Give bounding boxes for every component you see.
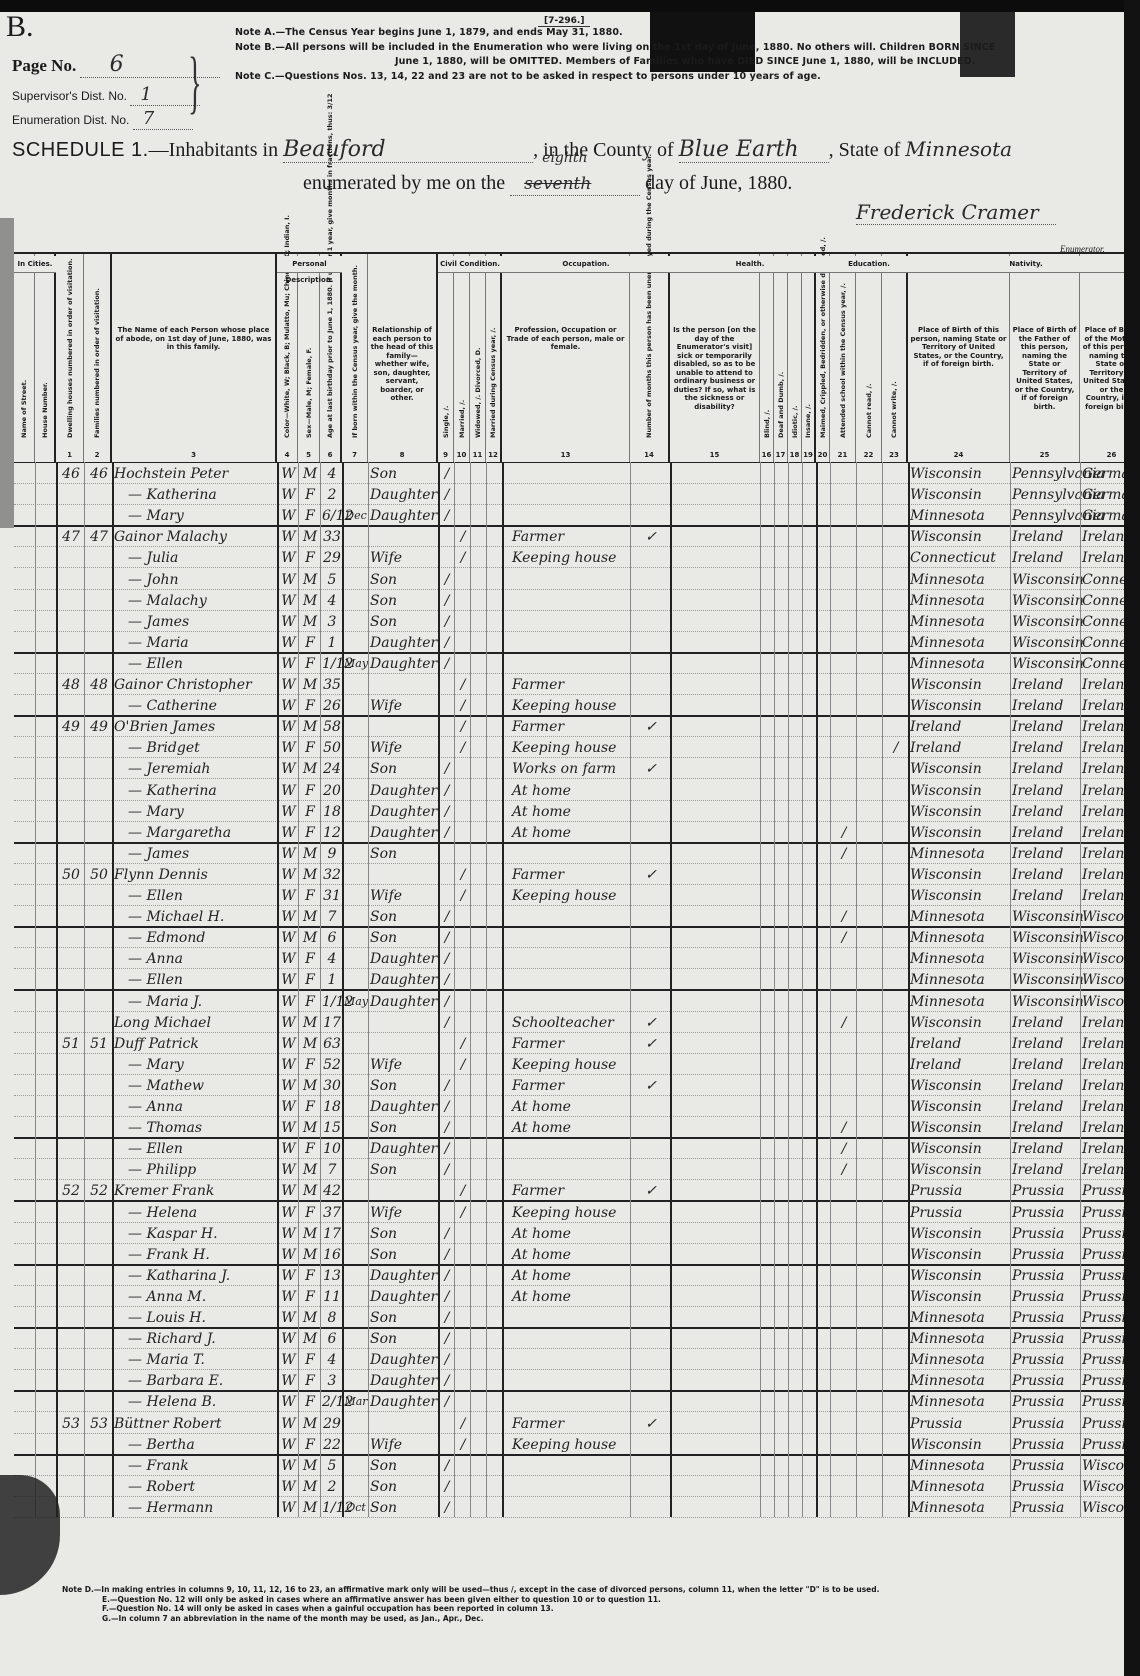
cell-dw: 52 [58, 1179, 84, 1200]
cell-dw [58, 842, 84, 863]
column-header-text: Blind, /. [763, 410, 771, 438]
cell-cantwrite [884, 779, 908, 800]
cell-cantwrite [884, 610, 908, 631]
cell-name: Flynn Dennis [114, 863, 208, 884]
cell-sex: F [300, 947, 320, 968]
cell-sex: F [300, 483, 320, 504]
cell-unemp [632, 1306, 670, 1327]
cell-rel: Daughter [370, 779, 437, 800]
cell-age: 9 [322, 842, 342, 863]
cell-school [832, 1032, 856, 1053]
cell-single: / [440, 968, 454, 989]
cell-sex: M [300, 1475, 320, 1496]
cell-name: — Robert [114, 1475, 195, 1496]
cell-age: 29 [322, 546, 342, 567]
cell-father: Ireland [1012, 863, 1063, 884]
scan-border-top [0, 0, 1140, 12]
cell-age: 24 [322, 757, 342, 778]
cell-school [832, 525, 856, 546]
column-header-cant_read: Cannot read, /.22 [856, 254, 882, 462]
cell-sex: F [300, 779, 320, 800]
cell-age: 52 [322, 1053, 342, 1074]
cell-birth: Ireland [910, 1053, 961, 1074]
cell-name: — Jeremiah [114, 757, 210, 778]
cell-color: W [279, 926, 298, 947]
cell-school: / [832, 821, 856, 842]
cell-sex: M [300, 1454, 320, 1475]
cell-single [440, 1032, 454, 1053]
cell-name: — Frank H. [114, 1243, 210, 1264]
cell-age: 1 [322, 631, 342, 652]
cell-occ: Keeping house [504, 736, 616, 757]
cell-sex: F [300, 1348, 320, 1369]
cell-father: Ireland [1012, 884, 1063, 905]
cell-cantwrite [884, 1243, 908, 1264]
cell-birth: Wisconsin [910, 673, 982, 694]
cell-name: — Anna [114, 947, 183, 968]
cell-fam [86, 1116, 112, 1137]
cell-color: W [279, 1222, 298, 1243]
cell-name: — Margaretha [114, 821, 231, 842]
cell-dw [58, 1053, 84, 1074]
cell-sex: M [300, 1032, 320, 1053]
table-row: — Michael H.WM7Son//MinnesotaWisconsinWi… [14, 905, 1124, 928]
cell-color: W [279, 1243, 298, 1264]
cell-birth: Minnesota [910, 1348, 985, 1369]
cell-rel: Daughter [370, 800, 437, 821]
cell-name: — Maria [114, 631, 189, 652]
cell-rel: Son [370, 610, 397, 631]
cell-sex: M [300, 1496, 320, 1517]
cell-month [344, 1095, 368, 1116]
column-number: 1 [56, 451, 83, 459]
cell-unemp [632, 610, 670, 631]
cell-color: W [279, 652, 298, 673]
cell-occ [504, 589, 512, 610]
column-header-text: Married during Census year, /. [489, 328, 497, 438]
cell-unemp [632, 462, 670, 483]
table-row: — ThomasWM15Son/At home/WisconsinIreland… [14, 1116, 1124, 1139]
cell-single [440, 884, 454, 905]
cell-birth: Wisconsin [910, 1074, 982, 1095]
table-row: — JamesWM9Son/MinnesotaIrelandIreland [14, 842, 1124, 864]
cell-unemp [632, 947, 670, 968]
cell-school [832, 863, 856, 884]
cell-color: W [279, 1412, 298, 1433]
cell-age: 15 [322, 1116, 342, 1137]
cell-school [832, 694, 856, 715]
cell-married: / [456, 1412, 470, 1433]
cell-married [456, 1369, 470, 1390]
cell-birth: Minnesota [910, 652, 985, 673]
cell-rel: Wife [370, 736, 402, 757]
cell-name: — Maria J. [114, 990, 202, 1011]
cell-fam [86, 694, 112, 715]
cell-cantwrite [884, 525, 908, 546]
cell-sex: M [300, 462, 320, 483]
cell-occ: Works on farm [504, 757, 616, 778]
cell-rel: Son [370, 1496, 397, 1517]
cell-school [832, 462, 856, 483]
cell-unemp [632, 1095, 670, 1116]
column-header-family: Families numbered in order of visitation… [84, 254, 112, 462]
cell-birth: Wisconsin [910, 1285, 982, 1306]
cell-unemp [632, 1327, 670, 1348]
scan-shadow [0, 218, 14, 528]
cell-dw [58, 1243, 84, 1264]
cell-married [456, 968, 470, 989]
cell-single: / [440, 610, 454, 631]
cell-school [832, 1306, 856, 1327]
cell-birth: Minnesota [910, 842, 985, 863]
column-header-name: The Name of each Person whose place of a… [112, 254, 277, 462]
cell-occ [504, 1348, 512, 1369]
cell-occ: Farmer [504, 1032, 564, 1053]
cell-single: / [440, 1243, 454, 1264]
cell-cantwrite [884, 1412, 908, 1433]
cell-fam [86, 1348, 112, 1369]
cell-name: — Bridget [114, 736, 200, 757]
cell-cantwrite [884, 842, 908, 863]
column-header-text: Widowed, /. Divorced, D. [474, 348, 482, 438]
table-row: — MaryWF52Wife/Keeping houseIrelandIrela… [14, 1053, 1124, 1075]
cell-color: W [279, 842, 298, 863]
cell-color: W [279, 990, 298, 1011]
cell-fam [86, 631, 112, 652]
cell-fam [86, 1454, 112, 1475]
table-row: — AnnaWF18Daughter/At homeWisconsinIrela… [14, 1095, 1124, 1117]
cell-rel: Son [370, 1475, 397, 1496]
cell-fam [86, 1496, 112, 1517]
supervisor-label: Supervisor's Dist. No. [12, 89, 127, 103]
cell-cantwrite [884, 1053, 908, 1074]
table-row: — MalachyWM4Son/MinnesotaWisconsinConnec… [14, 589, 1124, 611]
column-number: 7 [342, 451, 367, 459]
cell-unemp [632, 589, 670, 610]
cell-month [344, 736, 368, 757]
column-number: 2 [84, 451, 110, 459]
cell-cantwrite [884, 926, 908, 947]
cell-month [344, 1327, 368, 1348]
cell-father: Wisconsin [1012, 568, 1084, 589]
cell-father: Ireland [1012, 779, 1063, 800]
column-header-text: House Number. [41, 382, 49, 438]
enumeration-label: Enumeration Dist. No. [12, 113, 129, 127]
cell-color: W [279, 821, 298, 842]
grid-line [454, 462, 455, 1517]
cell-name: — Philipp [114, 1158, 196, 1179]
cell-name: — Bertha [114, 1433, 195, 1454]
cell-sex: M [300, 1116, 320, 1137]
cell-fam: 46 [86, 462, 112, 483]
cell-fam [86, 736, 112, 757]
cell-married [456, 1116, 470, 1137]
cell-month [344, 821, 368, 842]
cell-sex: F [300, 1095, 320, 1116]
cell-name: Hochstein Peter [114, 462, 228, 483]
cell-unemp [632, 884, 670, 905]
cell-father: Ireland [1012, 1137, 1063, 1158]
grid-line [1010, 462, 1011, 1517]
cell-dw [58, 1327, 84, 1348]
cell-school [832, 483, 856, 504]
grid-line [298, 462, 299, 1517]
cell-married [456, 1158, 470, 1179]
cell-single: / [440, 1496, 454, 1517]
cell-month [344, 1074, 368, 1095]
cell-married [456, 905, 470, 926]
cell-single [440, 1433, 454, 1454]
cell-birth: Ireland [910, 736, 961, 757]
cell-name: — Hermann [114, 1496, 213, 1517]
cell-age: 18 [322, 1095, 342, 1116]
cell-age: 31 [322, 884, 342, 905]
cell-unemp [632, 1222, 670, 1243]
cell-dw [58, 589, 84, 610]
cell-occ: Farmer [504, 715, 564, 736]
column-header-text: Families numbered in order of visitation… [93, 288, 101, 438]
footnotes: Note D.—In making entries in columns 9, … [62, 1585, 880, 1623]
cell-name: — Richard J. [114, 1327, 216, 1348]
cell-name: — Ellen [114, 1137, 183, 1158]
cell-age: 10 [322, 1137, 342, 1158]
cell-rel: Daughter [370, 504, 437, 525]
cell-unemp [632, 926, 670, 947]
cell-dw: 50 [58, 863, 84, 884]
cell-color: W [279, 1390, 298, 1411]
cell-single: / [440, 1475, 454, 1496]
cell-birth: Minnesota [910, 1475, 985, 1496]
cell-fam [86, 757, 112, 778]
cell-father: Ireland [1012, 736, 1063, 757]
cell-unemp [632, 652, 670, 673]
column-header-text: Relationship of each person to the head … [370, 326, 434, 403]
cell-occ [504, 610, 512, 631]
cell-cantwrite [884, 715, 908, 736]
cell-age: 35 [322, 673, 342, 694]
cell-unemp [632, 1369, 670, 1390]
cell-dw: 47 [58, 525, 84, 546]
cell-father: Ireland [1012, 673, 1063, 694]
cell-occ [504, 1137, 512, 1158]
column-header-deaf: Deaf and Dumb, /.17 [774, 254, 788, 462]
column-number: 20 [816, 451, 829, 459]
notes-block: Note A.—The Census Year begins June 1, 1… [235, 26, 995, 84]
cell-cantwrite [884, 1074, 908, 1095]
cell-single: / [440, 1137, 454, 1158]
cell-birth: Minnesota [910, 905, 985, 926]
cell-rel: Wife [370, 1433, 402, 1454]
cell-month [344, 462, 368, 483]
cell-father: Wisconsin [1012, 589, 1084, 610]
cell-month [344, 757, 368, 778]
cell-school [832, 673, 856, 694]
grid-line [670, 462, 672, 1517]
column-number: 17 [774, 451, 787, 459]
cell-single [440, 525, 454, 546]
scan-border-right [1124, 0, 1140, 1676]
cell-name: — Katherina [114, 779, 217, 800]
cell-color: W [279, 863, 298, 884]
cell-single: / [440, 1095, 454, 1116]
cell-name: — Barbara E. [114, 1369, 223, 1390]
cell-month [344, 715, 368, 736]
cell-married [456, 990, 470, 1011]
brace: } [188, 48, 201, 118]
cell-married [456, 610, 470, 631]
enumeration-date-line: enumerated by me on the eighth seventh d… [303, 172, 792, 196]
cell-father: Ireland [1012, 821, 1063, 842]
cell-fam [86, 589, 112, 610]
cell-father: Wisconsin [1012, 990, 1084, 1011]
cell-sex: M [300, 842, 320, 863]
table-row: 5353Büttner RobertWM29/Farmer✓PrussiaPru… [14, 1412, 1124, 1434]
cell-month [344, 631, 368, 652]
cell-name: — Louis H. [114, 1306, 206, 1327]
cell-single: / [440, 905, 454, 926]
cell-age: 37 [322, 1201, 342, 1222]
cell-unemp [632, 694, 670, 715]
cell-fam [86, 1327, 112, 1348]
table-row: — MargarethaWF12Daughter/At home/Wiscons… [14, 821, 1124, 844]
cell-age: 32 [322, 863, 342, 884]
cell-dw [58, 1306, 84, 1327]
cell-married [456, 1074, 470, 1095]
cell-school [832, 610, 856, 631]
column-number: 13 [502, 451, 629, 459]
cell-age: 2 [322, 483, 342, 504]
cell-month [344, 947, 368, 968]
cell-name: — James [114, 610, 189, 631]
cell-married: / [456, 715, 470, 736]
cell-fam [86, 884, 112, 905]
cell-month: May [344, 652, 368, 673]
column-header-text: Dwelling houses numbered in order of vis… [66, 258, 74, 438]
cell-married [456, 800, 470, 821]
grid-line [830, 462, 831, 1517]
cell-color: W [279, 568, 298, 589]
cell-birth: Ireland [910, 715, 961, 736]
table-row: 4848Gainor ChristopherWM35/FarmerWiscons… [14, 673, 1124, 695]
cell-single: / [440, 821, 454, 842]
cell-month [344, 1179, 368, 1200]
column-header-text: Single, /. [442, 406, 450, 438]
table-row: 5252Kremer FrankWM42/Farmer✓PrussiaPruss… [14, 1179, 1124, 1202]
day-struck: seventh [510, 174, 591, 194]
table-row: — KatherinaWF20Daughter/At homeWisconsin… [14, 779, 1124, 801]
cell-rel: Daughter [370, 1285, 437, 1306]
page-no-label: Page No. [12, 56, 76, 75]
cell-occ: At home [504, 779, 571, 800]
cell-color: W [279, 715, 298, 736]
table-row: — RobertWM2Son/MinnesotaPrussiaWisconsin [14, 1475, 1124, 1497]
cell-color: W [279, 1053, 298, 1074]
cell-dw [58, 1074, 84, 1095]
cell-month [344, 1454, 368, 1475]
cell-color: W [279, 546, 298, 567]
cell-birth: Wisconsin [910, 1243, 982, 1264]
cell-age: 4 [322, 589, 342, 610]
cell-unemp [632, 1475, 670, 1496]
cell-name: — Thomas [114, 1116, 202, 1137]
cell-unemp [632, 905, 670, 926]
cell-fam [86, 568, 112, 589]
cell-birth: Prussia [910, 1179, 962, 1200]
cell-age: 8 [322, 1306, 342, 1327]
cell-married [456, 1285, 470, 1306]
cell-age: 3 [322, 1369, 342, 1390]
cell-unemp [632, 1433, 670, 1454]
cell-name: — Ellen [114, 884, 183, 905]
cell-school [832, 631, 856, 652]
cell-fam [86, 610, 112, 631]
cell-month [344, 546, 368, 567]
cell-month [344, 926, 368, 947]
cell-dw [58, 1201, 84, 1222]
cell-school [832, 1433, 856, 1454]
cell-month [344, 1011, 368, 1032]
cell-school: / [832, 1116, 856, 1137]
cell-fam: 51 [86, 1032, 112, 1053]
cell-birth: Minnesota [910, 1306, 985, 1327]
cell-month [344, 589, 368, 610]
cell-single: / [440, 462, 454, 483]
cell-birth: Wisconsin [910, 483, 982, 504]
cell-single: / [440, 1306, 454, 1327]
column-number: 5 [298, 451, 319, 459]
cell-cantwrite [884, 694, 908, 715]
cell-rel: Daughter [370, 947, 437, 968]
cell-unemp: ✓ [632, 1179, 670, 1200]
cell-single: / [440, 589, 454, 610]
cell-month [344, 1032, 368, 1053]
cell-single: / [440, 1264, 454, 1285]
cell-rel: Son [370, 1454, 397, 1475]
cell-rel: Daughter [370, 821, 437, 842]
cell-rel: Daughter [370, 652, 437, 673]
cell-dw [58, 1390, 84, 1411]
cell-sex: M [300, 568, 320, 589]
cell-unemp: ✓ [632, 757, 670, 778]
cell-name: Gainor Christopher [114, 673, 252, 694]
cell-color: W [279, 1306, 298, 1327]
cell-married [456, 757, 470, 778]
cell-father: Ireland [1012, 1158, 1063, 1179]
cell-cantwrite [884, 968, 908, 989]
cell-month [344, 1285, 368, 1306]
column-number: 6 [320, 451, 340, 459]
cell-married [456, 1348, 470, 1369]
table-row: — KatherinaWF2Daughter/WisconsinPennsylv… [14, 483, 1124, 505]
cell-school [832, 652, 856, 673]
table-row: — BridgetWF50Wife/Keeping house/IrelandI… [14, 736, 1124, 758]
cell-age: 30 [322, 1074, 342, 1095]
cell-unemp [632, 800, 670, 821]
cell-father: Ireland [1012, 1053, 1063, 1074]
column-header-text: Place of Birth of this person, naming St… [910, 326, 1007, 369]
cell-month: Mar [344, 1390, 368, 1411]
column-header-text: Cannot write, /. [890, 381, 898, 438]
column-header-school: Attended school within the Census year, … [830, 254, 856, 462]
table-row: — Anna M.WF11Daughter/At homeWisconsinPr… [14, 1285, 1124, 1307]
cell-father: Ireland [1012, 757, 1063, 778]
table-row: — PhilippWM7Son//WisconsinIrelandIreland [14, 1158, 1124, 1180]
cell-school [832, 1179, 856, 1200]
cell-cantwrite [884, 1222, 908, 1243]
column-number: 11 [470, 451, 485, 459]
form-letter: B. [6, 10, 34, 44]
cell-sex: F [300, 694, 320, 715]
